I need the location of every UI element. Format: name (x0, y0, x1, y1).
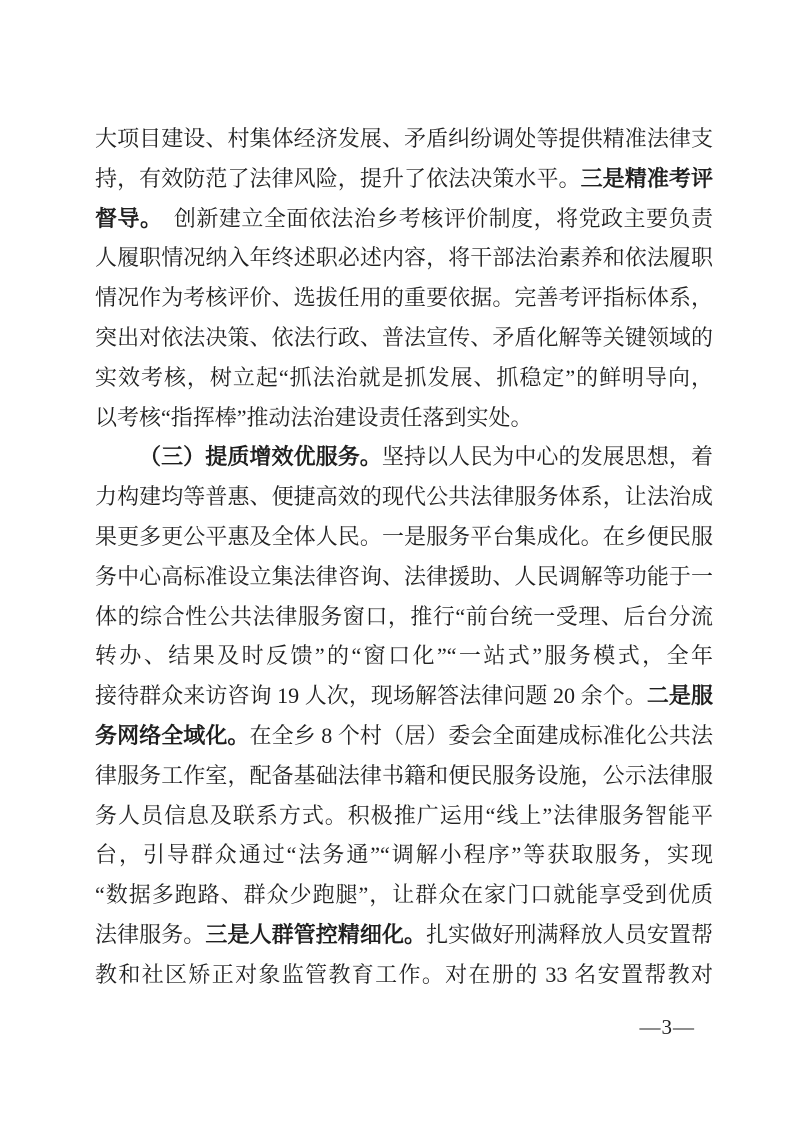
text-line: 台，引导群众通过“法务通”“调解小程序”等获取服务，实现 (95, 835, 713, 875)
text-run: 转办、结果及时反馈”的“窗口化”“一站式”服务模式，全年 (95, 643, 713, 668)
text-line: 大项目建设、村集体经济发展、矛盾纠纷调处等提供精准法律支 (95, 119, 713, 159)
document-page: 大项目建设、村集体经济发展、矛盾纠纷调处等提供精准法律支持，有效防范了法律风险，… (0, 0, 793, 1122)
text-line: 突出对依法决策、依法行政、普法宣传、矛盾化解等关键领域的 (95, 318, 713, 358)
bold-text-run: 三是人群管控精细化。 (205, 922, 426, 947)
text-run: 法律服务。 (95, 922, 205, 947)
text-line: 情况作为考核评价、选拔任用的重要依据。完善考评指标体系， (95, 278, 713, 318)
bold-text-run: （三）提质增效优服务。 (139, 444, 382, 469)
text-run: 台，引导群众通过“法务通”“调解小程序”等获取服务，实现 (95, 842, 713, 867)
bold-text-run: 务网络全域化。 (95, 723, 250, 748)
text-run: 体的综合性公共法律服务窗口，推行“前台统一受理、后台分流 (95, 604, 713, 629)
text-run: 人履职情况纳入年终述职必述内容，将干部法治素养和依法履职 (95, 245, 713, 270)
text-run: 务人员信息及联系方式。积极推广运用“线上”法律服务智能平 (95, 803, 713, 828)
text-line: 果更多更公平惠及全体人民。一是服务平台集成化。在乡便民服 (95, 517, 713, 557)
text-line: “数据多跑路、群众少跑腿”，让群众在家门口就能享受到优质 (95, 875, 713, 915)
text-line: 以考核“指挥棒”推动法治建设责任落到实处。 (95, 398, 713, 438)
bold-text-run: 督导。 (95, 206, 151, 231)
text-run: 创新建立全面依法治乡考核评价制度，将党政主要负责 (151, 206, 713, 231)
text-run: 务中心高标准设立集法律咨询、法律援助、人民调解等功能于一 (95, 564, 713, 589)
text-line: 律服务工作室，配备基础法律书籍和便民服务设施，公示法律服 (95, 756, 713, 796)
text-line: 力构建均等普惠、便捷高效的现代公共法律服务体系，让法治成 (95, 477, 713, 517)
text-run: 突出对依法决策、依法行政、普法宣传、矛盾化解等关键领域的 (95, 325, 713, 350)
text-line: 法律服务。三是人群管控精细化。扎实做好刑满释放人员安置帮 (95, 915, 713, 955)
text-run: 坚持以人民为中心的发展思想，着 (382, 444, 713, 469)
text-run: 以考核“指挥棒”推动法治建设责任落到实处。 (95, 405, 533, 430)
bold-text-run: 二是服 (647, 683, 713, 708)
text-run: “数据多跑路、群众少跑腿”，让群众在家门口就能享受到优质 (95, 882, 713, 907)
text-run: 大项目建设、村集体经济发展、矛盾纠纷调处等提供精准法律支 (95, 126, 713, 151)
text-run: 教和社区矫正对象监管教育工作。对在册的 33 名安置帮教对象、 (95, 962, 713, 995)
text-run: 情况作为考核评价、选拔任用的重要依据。完善考评指标体系， (95, 285, 713, 310)
text-run: 持，有效防范了法律风险，提升了依法决策水平。 (95, 166, 581, 191)
text-line: 体的综合性公共法律服务窗口，推行“前台统一受理、后台分流 (95, 597, 713, 637)
text-line: 接待群众来访咨询 19 人次，现场解答法律问题 20 余个。二是服 (95, 676, 713, 716)
bold-text-run: 三是精准考评 (581, 166, 713, 191)
text-run: 力构建均等普惠、便捷高效的现代公共法律服务体系，让法治成 (95, 484, 713, 509)
text-run: 律服务工作室，配备基础法律书籍和便民服务设施，公示法律服 (95, 763, 713, 788)
text-run: 实效考核，树立起“抓法治就是抓发展、抓稳定”的鲜明导向， (95, 365, 713, 390)
text-line: 教和社区矫正对象监管教育工作。对在册的 33 名安置帮教对象、 (95, 955, 713, 995)
text-line: 务网络全域化。在全乡 8 个村（居）委会全面建成标准化公共法 (95, 716, 713, 756)
text-run: 扎实做好刑满释放人员安置帮 (426, 922, 713, 947)
text-line: 督导。 创新建立全面依法治乡考核评价制度，将党政主要负责 (95, 199, 713, 239)
text-run: 在全乡 8 个村（居）委会全面建成标准化公共法 (250, 723, 713, 748)
text-line: 实效考核，树立起“抓法治就是抓发展、抓稳定”的鲜明导向， (95, 358, 713, 398)
text-line: 人履职情况纳入年终述职必述内容，将干部法治素养和依法履职 (95, 238, 713, 278)
document-body: 大项目建设、村集体经济发展、矛盾纠纷调处等提供精准法律支持，有效防范了法律风险，… (95, 119, 713, 995)
text-line: （三）提质增效优服务。坚持以人民为中心的发展思想，着 (95, 437, 713, 477)
page-number: —3— (640, 1012, 696, 1042)
text-line: 持，有效防范了法律风险，提升了依法决策水平。三是精准考评 (95, 159, 713, 199)
text-run: 果更多更公平惠及全体人民。一是服务平台集成化。在乡便民服 (95, 524, 713, 549)
text-line: 务人员信息及联系方式。积极推广运用“线上”法律服务智能平 (95, 796, 713, 836)
text-line: 转办、结果及时反馈”的“窗口化”“一站式”服务模式，全年 (95, 636, 713, 676)
text-line: 务中心高标准设立集法律咨询、法律援助、人民调解等功能于一 (95, 557, 713, 597)
text-run: 接待群众来访咨询 19 人次，现场解答法律问题 20 余个。 (95, 683, 647, 708)
